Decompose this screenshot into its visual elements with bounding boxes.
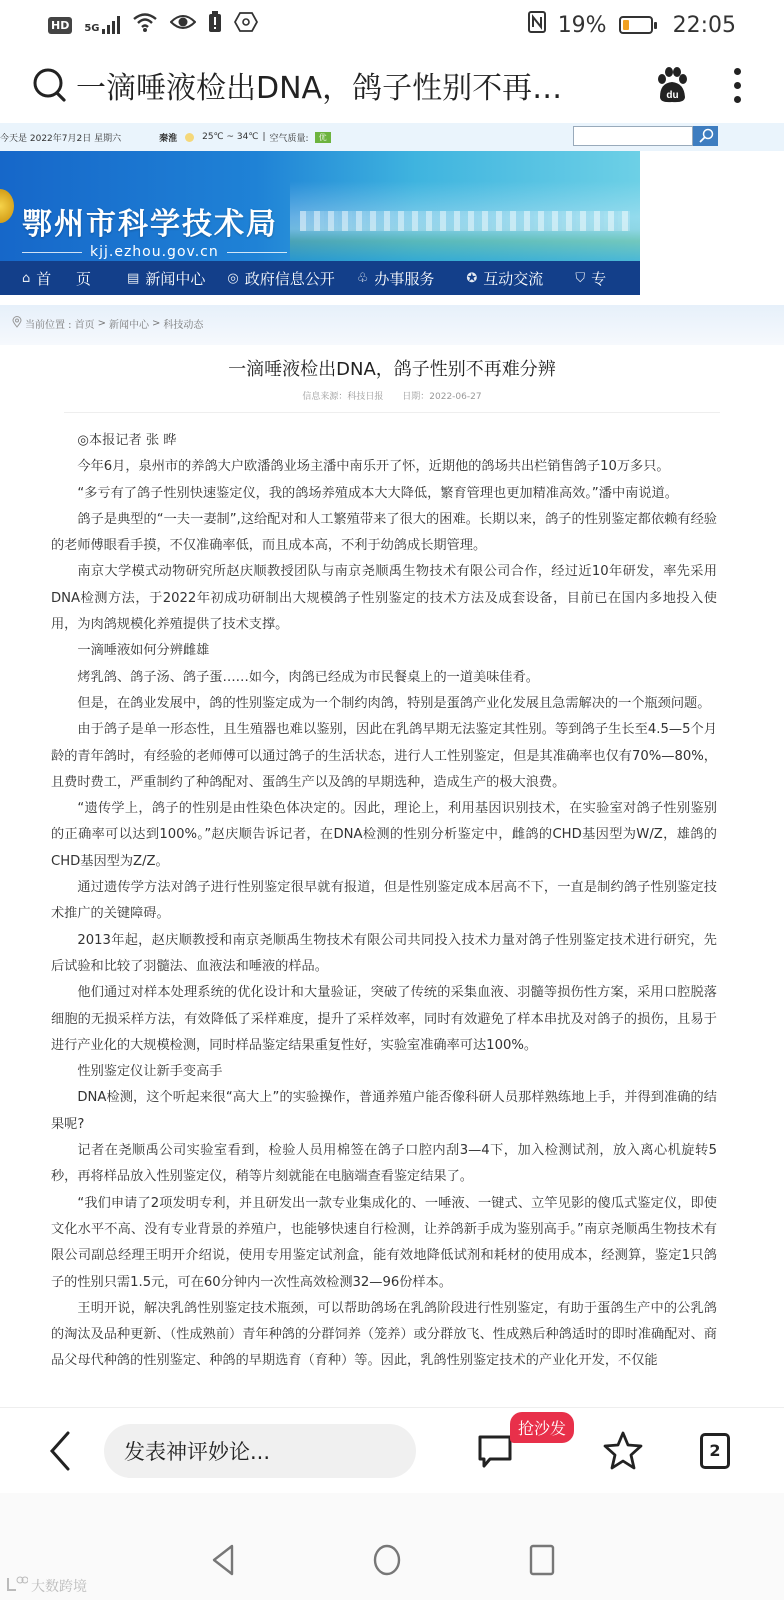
back-button[interactable] <box>42 1429 82 1473</box>
nav-item-special[interactable]: ⛉ 专 <box>575 268 606 289</box>
people-icon: ♧ <box>357 271 369 286</box>
site-name: 鄂州市科学技术局 <box>22 199 278 243</box>
paragraph: “我们申请了2项发明专利，并且研发出一款专业集成化的、一唾液、一键式、立竿见影的… <box>51 1191 717 1296</box>
paragraph: 烤乳鸽、鸽子汤、鸽子蛋……如今，肉鸽已经成为市民餐桌上的一道美味佳肴。 <box>51 665 717 691</box>
site-url-row: kjj.ezhou.gov.cn <box>22 244 287 260</box>
paragraph: ◎本报记者 张 晔 <box>51 428 717 454</box>
tabs-button[interactable]: 2 <box>700 1433 730 1469</box>
browser-bottom-bar: 发表神评妙论... 2 <box>0 1407 784 1493</box>
svg-text:du: du <box>666 90 678 101</box>
paragraph: DNA检测，这个听起来很“高大上”的实验操作，普通养殖户能否像科研人员那样熟练地… <box>51 1085 717 1138</box>
nav-item-services[interactable]: ♧ 办事服务 <box>357 268 435 289</box>
eye-icon: ◎ <box>227 271 238 286</box>
star-icon <box>602 1430 644 1472</box>
square-recents-icon <box>528 1543 556 1577</box>
air-quality-badge: 优 <box>315 132 331 143</box>
shield-icon: ⛉ <box>575 271 585 286</box>
article-body: ◎本报记者 张 晔 今年6月，泉州市的养鸽大户欧潘鸽业场主潘中南乐开了怀，近期他… <box>51 428 717 1375</box>
temperature: 25℃ ~ 34℃ <box>202 132 258 142</box>
paragraph: 鸽子是典型的“一夫一妻制”,这给配对和人工繁殖带来了很大的困难。长期以来，鸽子的… <box>51 507 717 560</box>
page-title-search[interactable]: 一滴唾液检出DNA，鸽子性别不再… <box>76 63 652 107</box>
breadcrumb-tech[interactable]: 科技动态 <box>163 316 203 331</box>
battery-icon <box>619 16 653 34</box>
watermark: 大数跨境 <box>6 1576 87 1596</box>
search-icon <box>698 128 714 144</box>
skyline-buildings <box>300 211 630 231</box>
site-banner: 鄂州市科学技术局 kjj.ezhou.gov.cn <box>0 151 640 261</box>
alert-icon <box>208 11 222 39</box>
nfc-icon <box>528 11 546 39</box>
circle-home-icon <box>372 1543 402 1577</box>
home-icon: ⌂ <box>22 271 30 286</box>
system-nav-bar <box>0 1493 784 1600</box>
news-icon: ▤ <box>127 271 139 286</box>
date-text: 今天是 2022年7月2日 星期六 <box>0 131 121 144</box>
hexagon-settings-icon <box>234 11 258 39</box>
nav-item-interaction[interactable]: ✪ 互动交流 <box>466 268 543 289</box>
site-search-button[interactable] <box>693 126 718 146</box>
article-source: 信息来源：科技日报 <box>302 392 383 402</box>
signal-icon: 5G <box>84 16 119 34</box>
paragraph: 由于鸽子是单一形态性，且生殖器也难以鉴别，因此在乳鸽早期无法鉴定其性别。等到鸽子… <box>51 717 717 796</box>
paragraph: 记者在尧顺禹公司实验室看到，检验人员用棉签在鸽子口腔内刮3—4下，加入检测试剂，… <box>51 1138 717 1191</box>
system-home-button[interactable] <box>372 1543 402 1581</box>
site-header: 今天是 2022年7月2日 星期六 秦淮 25℃ ~ 34℃ | 空气质量: 优… <box>0 123 640 295</box>
breadcrumb-home[interactable]: 首页 <box>75 316 95 331</box>
paragraph: 2013年起，赵庆顺教授和南京尧顺禹生物技术有限公司共同投入技术力量对鸽子性别鉴… <box>51 928 717 981</box>
nav-item-gov-info[interactable]: ◎ 政府信息公开 <box>227 268 334 289</box>
sofa-badge: 抢沙发 <box>510 1412 574 1443</box>
paragraph: 但是，在鸽业发展中，鸽的性别鉴定成为一个制约肉鸽，特别是蛋鸽产业化发展且急需解决… <box>51 691 717 717</box>
wifi-icon <box>132 11 158 39</box>
hd-icon: HD <box>48 17 72 34</box>
battery-percent: 19% <box>558 13 607 38</box>
system-recents-button[interactable] <box>528 1543 556 1581</box>
triangle-back-icon <box>210 1543 236 1577</box>
site-url: kjj.ezhou.gov.cn <box>90 244 219 260</box>
star-badge-icon: ✪ <box>466 271 477 286</box>
baidu-paw-icon[interactable]: du <box>652 65 692 105</box>
divider <box>64 412 720 413</box>
paragraph: 通过遗传学方法对鸽子进行性别鉴定很早就有报道，但是性别鉴定成本居高不下，一直是制… <box>51 875 717 928</box>
site-search-input[interactable] <box>573 126 693 146</box>
article: 一滴唾液检出DNA，鸽子性别不再难分辨 信息来源：科技日报 日期：2022-06… <box>0 345 784 413</box>
divider: | <box>263 132 266 142</box>
breadcrumb: 当前位置 : 首页 > 新闻中心 > 科技动态 <box>12 316 203 331</box>
air-quality-label: 空气质量: <box>270 131 309 144</box>
paragraph: “多亏有了鸽子性别快速鉴定仪，我的鸽场养殖成本大大降低，繁育管理也更加精准高效。… <box>51 481 717 507</box>
subheading: 性别鉴定仪让新手变高手 <box>51 1059 717 1085</box>
weather-city: 秦淮 <box>159 131 177 144</box>
eye-icon <box>170 12 196 38</box>
paragraph: “遗传学上，鸽子的性别是由性染色体决定的。因此，理论上，利用基因识别技术，在实验… <box>51 796 717 875</box>
nav-item-news[interactable]: ▤ 新闻中心 <box>127 268 205 289</box>
paragraph: 王明开说，解决乳鸽性别鉴定技术瓶颈，可以帮助鸽场在乳鸽阶段进行性别鉴定，有助于蛋… <box>51 1296 717 1375</box>
article-title: 一滴唾液检出DNA，鸽子性别不再难分辨 <box>0 355 784 381</box>
site-info-bar: 今天是 2022年7月2日 星期六 秦淮 25℃ ~ 34℃ | 空气质量: 优 <box>0 123 784 151</box>
sun-icon <box>185 133 194 142</box>
subheading: 一滴唾液如何分辨雌雄 <box>51 638 717 664</box>
emblem-logo <box>0 189 14 223</box>
search-icon[interactable] <box>30 65 70 105</box>
favorite-button[interactable] <box>602 1430 644 1472</box>
clock: 22:05 <box>673 13 736 38</box>
watermark-logo-icon <box>6 1576 28 1596</box>
site-nav: ⌂ 首 页 ▤ 新闻中心 ◎ 政府信息公开 ♧ 办事服务 ✪ 互动交流 ⛉ 专 <box>0 261 640 295</box>
site-search <box>573 126 718 146</box>
more-vertical-icon[interactable] <box>732 68 742 103</box>
article-meta: 信息来源：科技日报 日期：2022-06-27 <box>0 389 784 402</box>
location-pin-icon <box>12 316 22 331</box>
paragraph: 南京大学模式动物研究所赵庆顺教授团队与南京尧顺禹生物技术有限公司合作，经过近10… <box>51 559 717 638</box>
comment-input[interactable]: 发表神评妙论... <box>104 1424 416 1478</box>
nav-item-home[interactable]: ⌂ 首 页 <box>22 268 101 289</box>
article-date: 日期：2022-06-27 <box>402 392 481 402</box>
status-bar: HD 5G 19% 22:05 <box>0 0 784 50</box>
browser-top-bar: 一滴唾液检出DNA，鸽子性别不再… du <box>0 50 784 120</box>
paragraph: 他们通过对样本处理系统的优化设计和大量验证，突破了传统的采集血液、羽髓等损伤性方… <box>51 980 717 1059</box>
breadcrumb-news[interactable]: 新闻中心 <box>109 316 149 331</box>
paragraph: 今年6月，泉州市的养鸽大户欧潘鸽业场主潘中南乐开了怀，近期他的鸽场共出栏销售鸽子… <box>51 454 717 480</box>
system-back-button[interactable] <box>210 1543 236 1581</box>
